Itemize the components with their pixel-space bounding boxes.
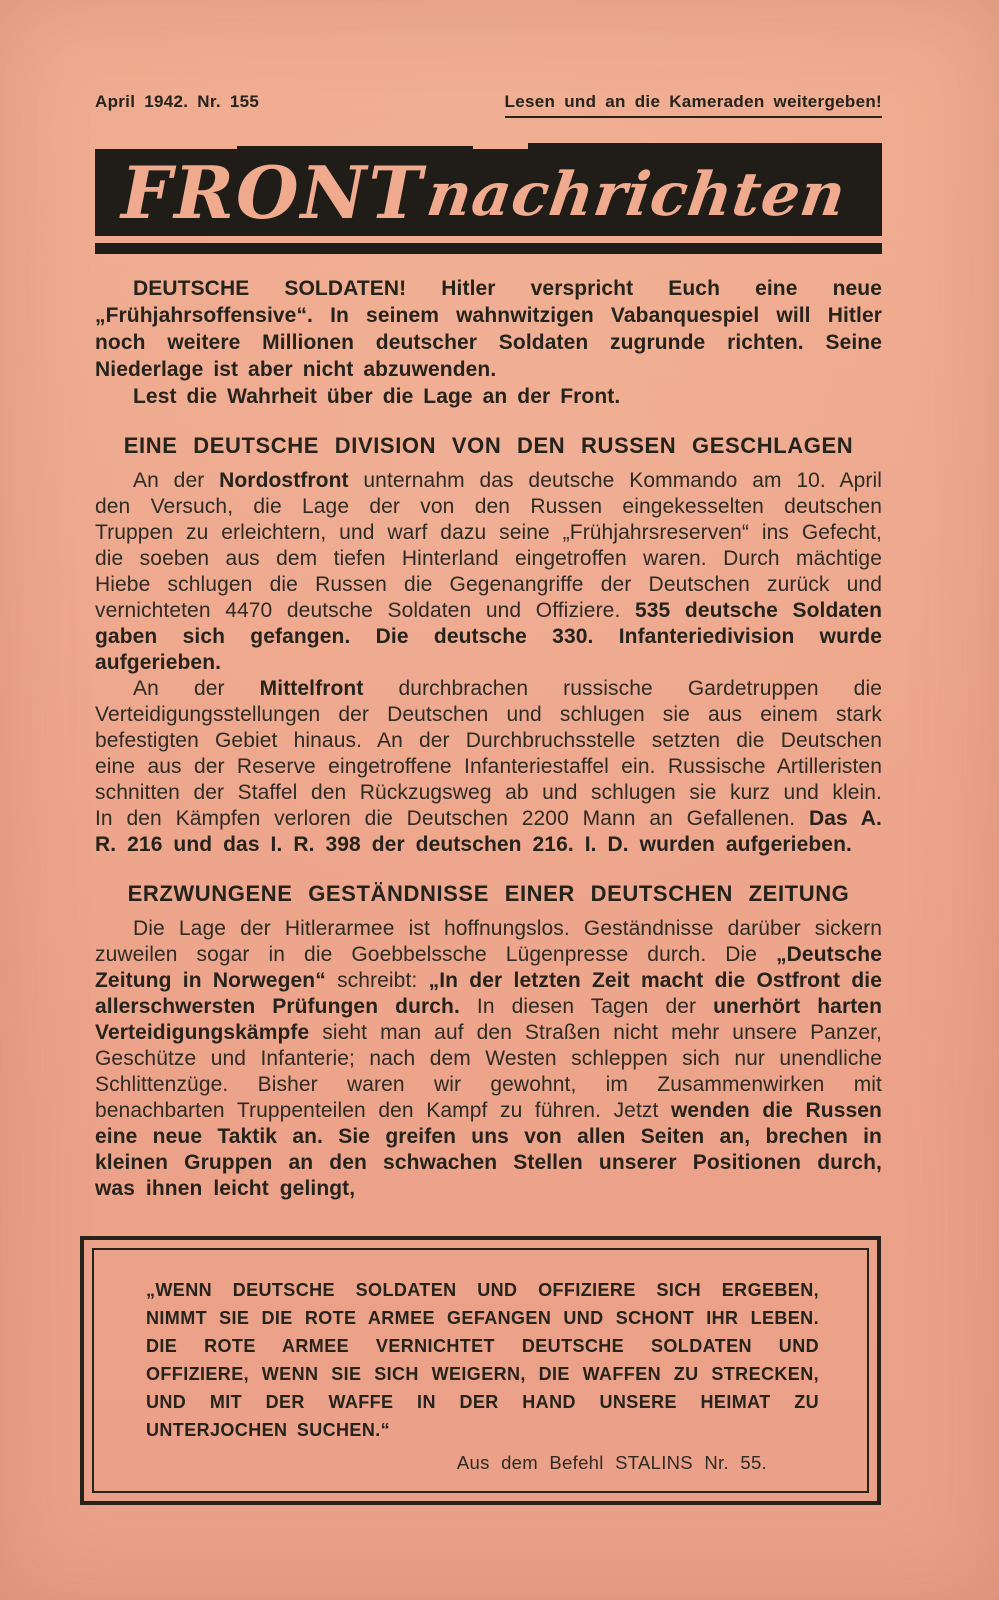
article-paragraph: An der Nordostfront unternahm das deutsc…: [95, 468, 882, 676]
text-run: Die Lage der Hitlerarmee ist hoffnungslo…: [95, 917, 882, 966]
lead-paragraph: Lest die Wahrheit über die Lage an der F…: [95, 383, 882, 410]
page-content: April 1942. Nr. 155 Lesen und an die Kam…: [0, 0, 999, 1202]
section-heading: ERZWUNGENE GESTÄNDNISSE EINER DEUTSCHEN …: [95, 881, 882, 907]
stalin-quote-inner-frame: „WENN DEUTSCHE SOLDATEN UND OFFIZIERE SI…: [92, 1248, 869, 1493]
article-paragraph: Die Lage der Hitlerarmee ist hoffnungslo…: [95, 916, 882, 1202]
text-run: An der: [133, 469, 219, 492]
pass-on-slogan: Lesen und an die Kameraden weitergeben!: [505, 92, 882, 118]
lead: DEUTSCHE SOLDATEN! Hitler verspricht Euc…: [95, 275, 882, 410]
masthead-title-front: FRONT: [121, 157, 424, 229]
issue-label: April 1942. Nr. 155: [95, 92, 259, 112]
quote-attribution: Aus dem Befehl STALINS Nr. 55.: [146, 1449, 819, 1477]
masthead-banner: FRONTnachrichten: [95, 149, 882, 236]
masthead-title-nachrichten: nachrichten: [424, 165, 850, 225]
article-paragraph: An der Mittelfront durchbrachen russisch…: [95, 676, 882, 858]
text-run: schreibt:: [326, 969, 429, 992]
section-heading: EINE DEUTSCHE DIVISION VON DEN RUSSEN GE…: [95, 433, 882, 459]
stalin-quote-box: „WENN DEUTSCHE SOLDATEN UND OFFIZIERE SI…: [80, 1236, 881, 1505]
masthead-underline-bar: [95, 243, 882, 254]
lead-paragraph: DEUTSCHE SOLDATEN! Hitler verspricht Euc…: [95, 275, 882, 383]
text-run: An der: [133, 677, 260, 700]
bold-run: Mittelfront: [260, 677, 364, 700]
quote-text: „WENN DEUTSCHE SOLDATEN UND OFFIZIERE SI…: [146, 1276, 819, 1444]
leaflet-page: April 1942. Nr. 155 Lesen und an die Kam…: [0, 0, 999, 1600]
bold-run: Nordostfront: [219, 469, 349, 492]
article: EINE DEUTSCHE DIVISION VON DEN RUSSEN GE…: [95, 433, 882, 1202]
page-header: April 1942. Nr. 155 Lesen und an die Kam…: [95, 92, 882, 118]
text-run: In diesen Tagen der: [460, 995, 713, 1018]
masthead: FRONTnachrichten: [95, 149, 882, 254]
